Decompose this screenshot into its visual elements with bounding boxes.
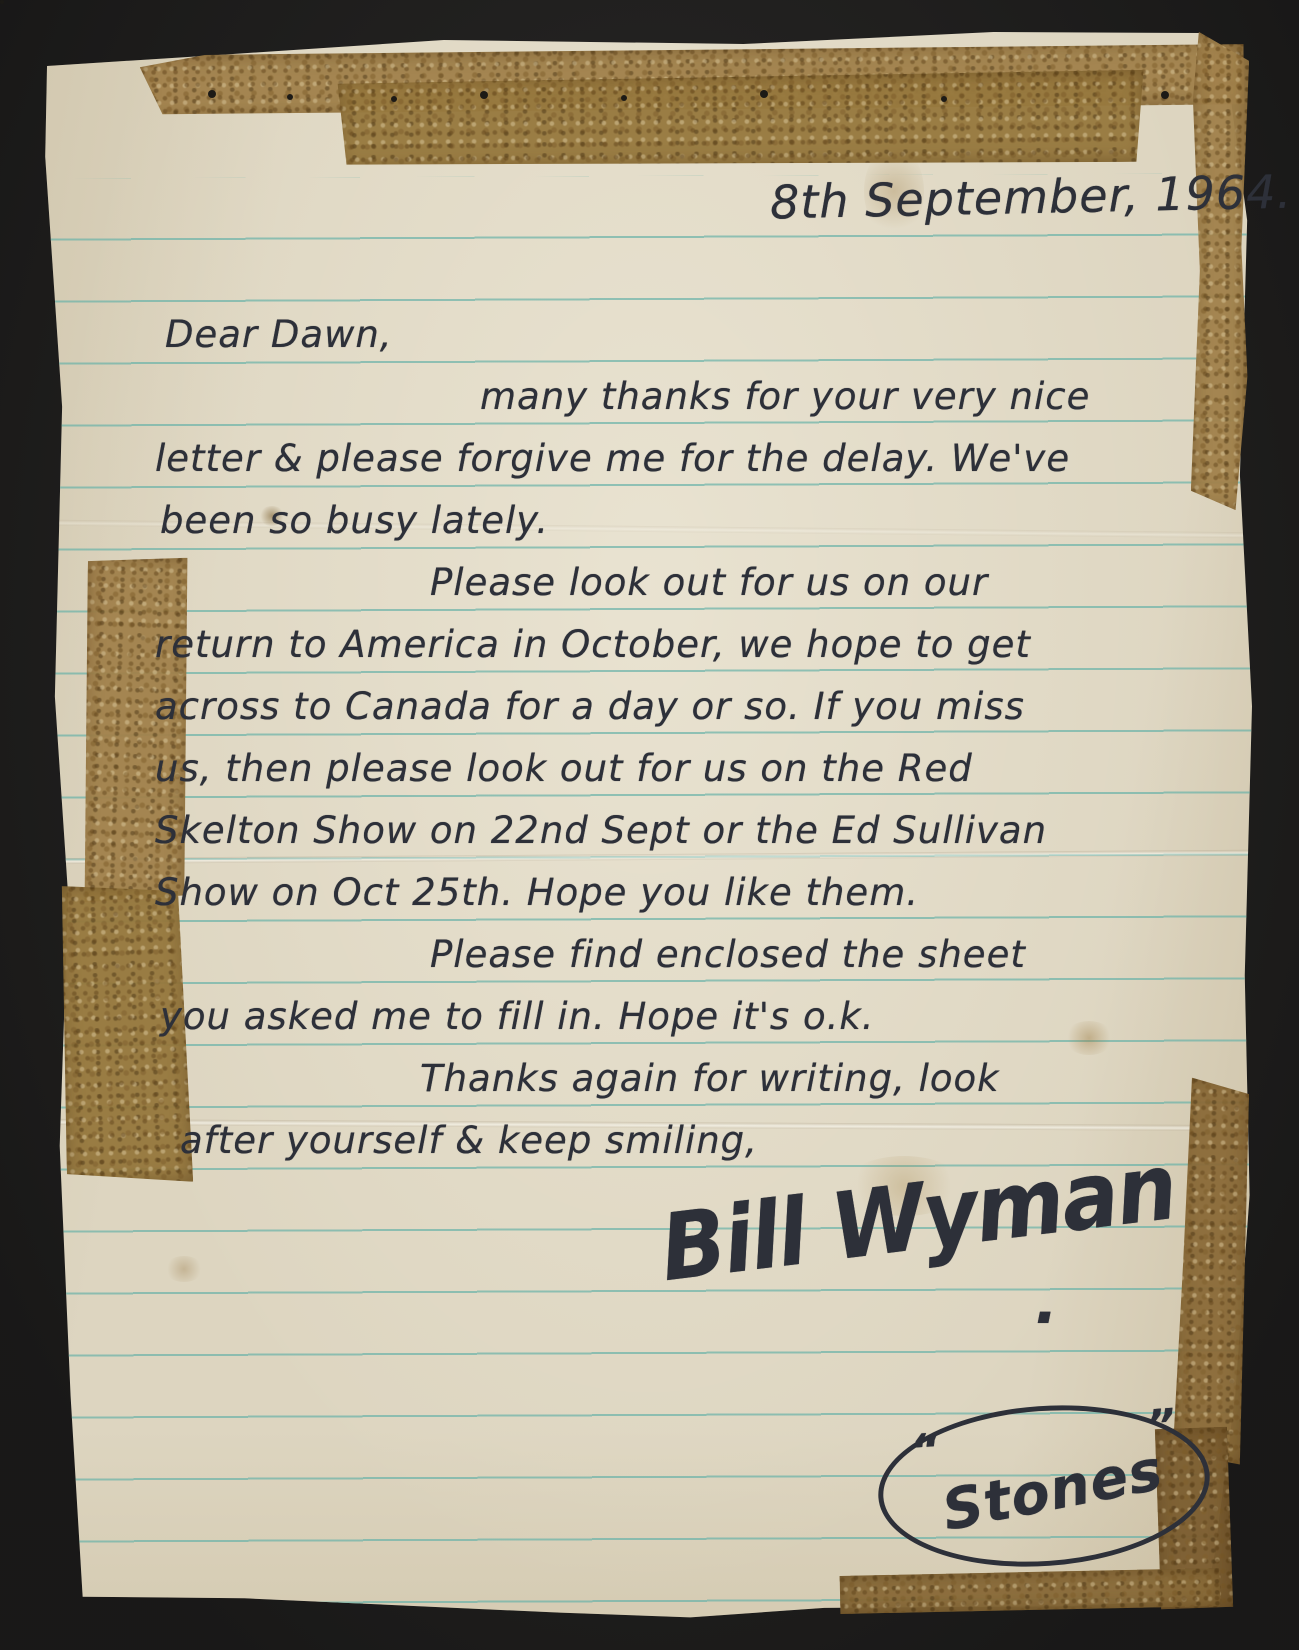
body-line: return to America in October, we hope to… <box>155 614 1090 676</box>
body-line: Skelton Show on 22nd Sept or the Ed Sull… <box>155 800 1090 862</box>
body-line: Please find enclosed the sheet <box>430 924 1090 986</box>
body-line: been so busy lately. <box>160 490 1090 552</box>
close-quote-mark: ” <box>1145 1400 1177 1453</box>
body-line: you asked me to fill in. Hope it's o.k. <box>160 986 1090 1048</box>
signature-period: . <box>1035 1268 1058 1338</box>
body-line: Please look out for us on our <box>430 552 1090 614</box>
tape-strip-top-overlap <box>338 70 1145 170</box>
scanned-letter-photo: { "letter": { "date_line": "8th Septembe… <box>0 0 1299 1650</box>
body-line: Show on Oct 25th. Hope you like them. <box>155 862 1090 924</box>
open-quote-mark: “ <box>909 1424 941 1477</box>
paper-stain <box>164 1256 204 1282</box>
salutation-line: Dear Dawn, <box>165 304 1090 366</box>
body-line: us, then please look out for us on the R… <box>155 738 1090 800</box>
stones-word: Stones <box>937 1438 1168 1544</box>
body-line: letter & please forgive me for the delay… <box>155 428 1090 490</box>
tape-strip-bottom <box>840 1568 1221 1614</box>
date-line: 8th September, 1964. <box>769 165 1292 230</box>
letter-body: Dear Dawn, many thanks for your very nic… <box>150 304 1090 1172</box>
body-line: many thanks for your very nice <box>480 366 1090 428</box>
body-line: across to Canada for a day or so. If you… <box>155 676 1090 738</box>
body-line: Thanks again for writing, look <box>420 1048 1090 1110</box>
tape-perforation-marks <box>0 0 4 4</box>
